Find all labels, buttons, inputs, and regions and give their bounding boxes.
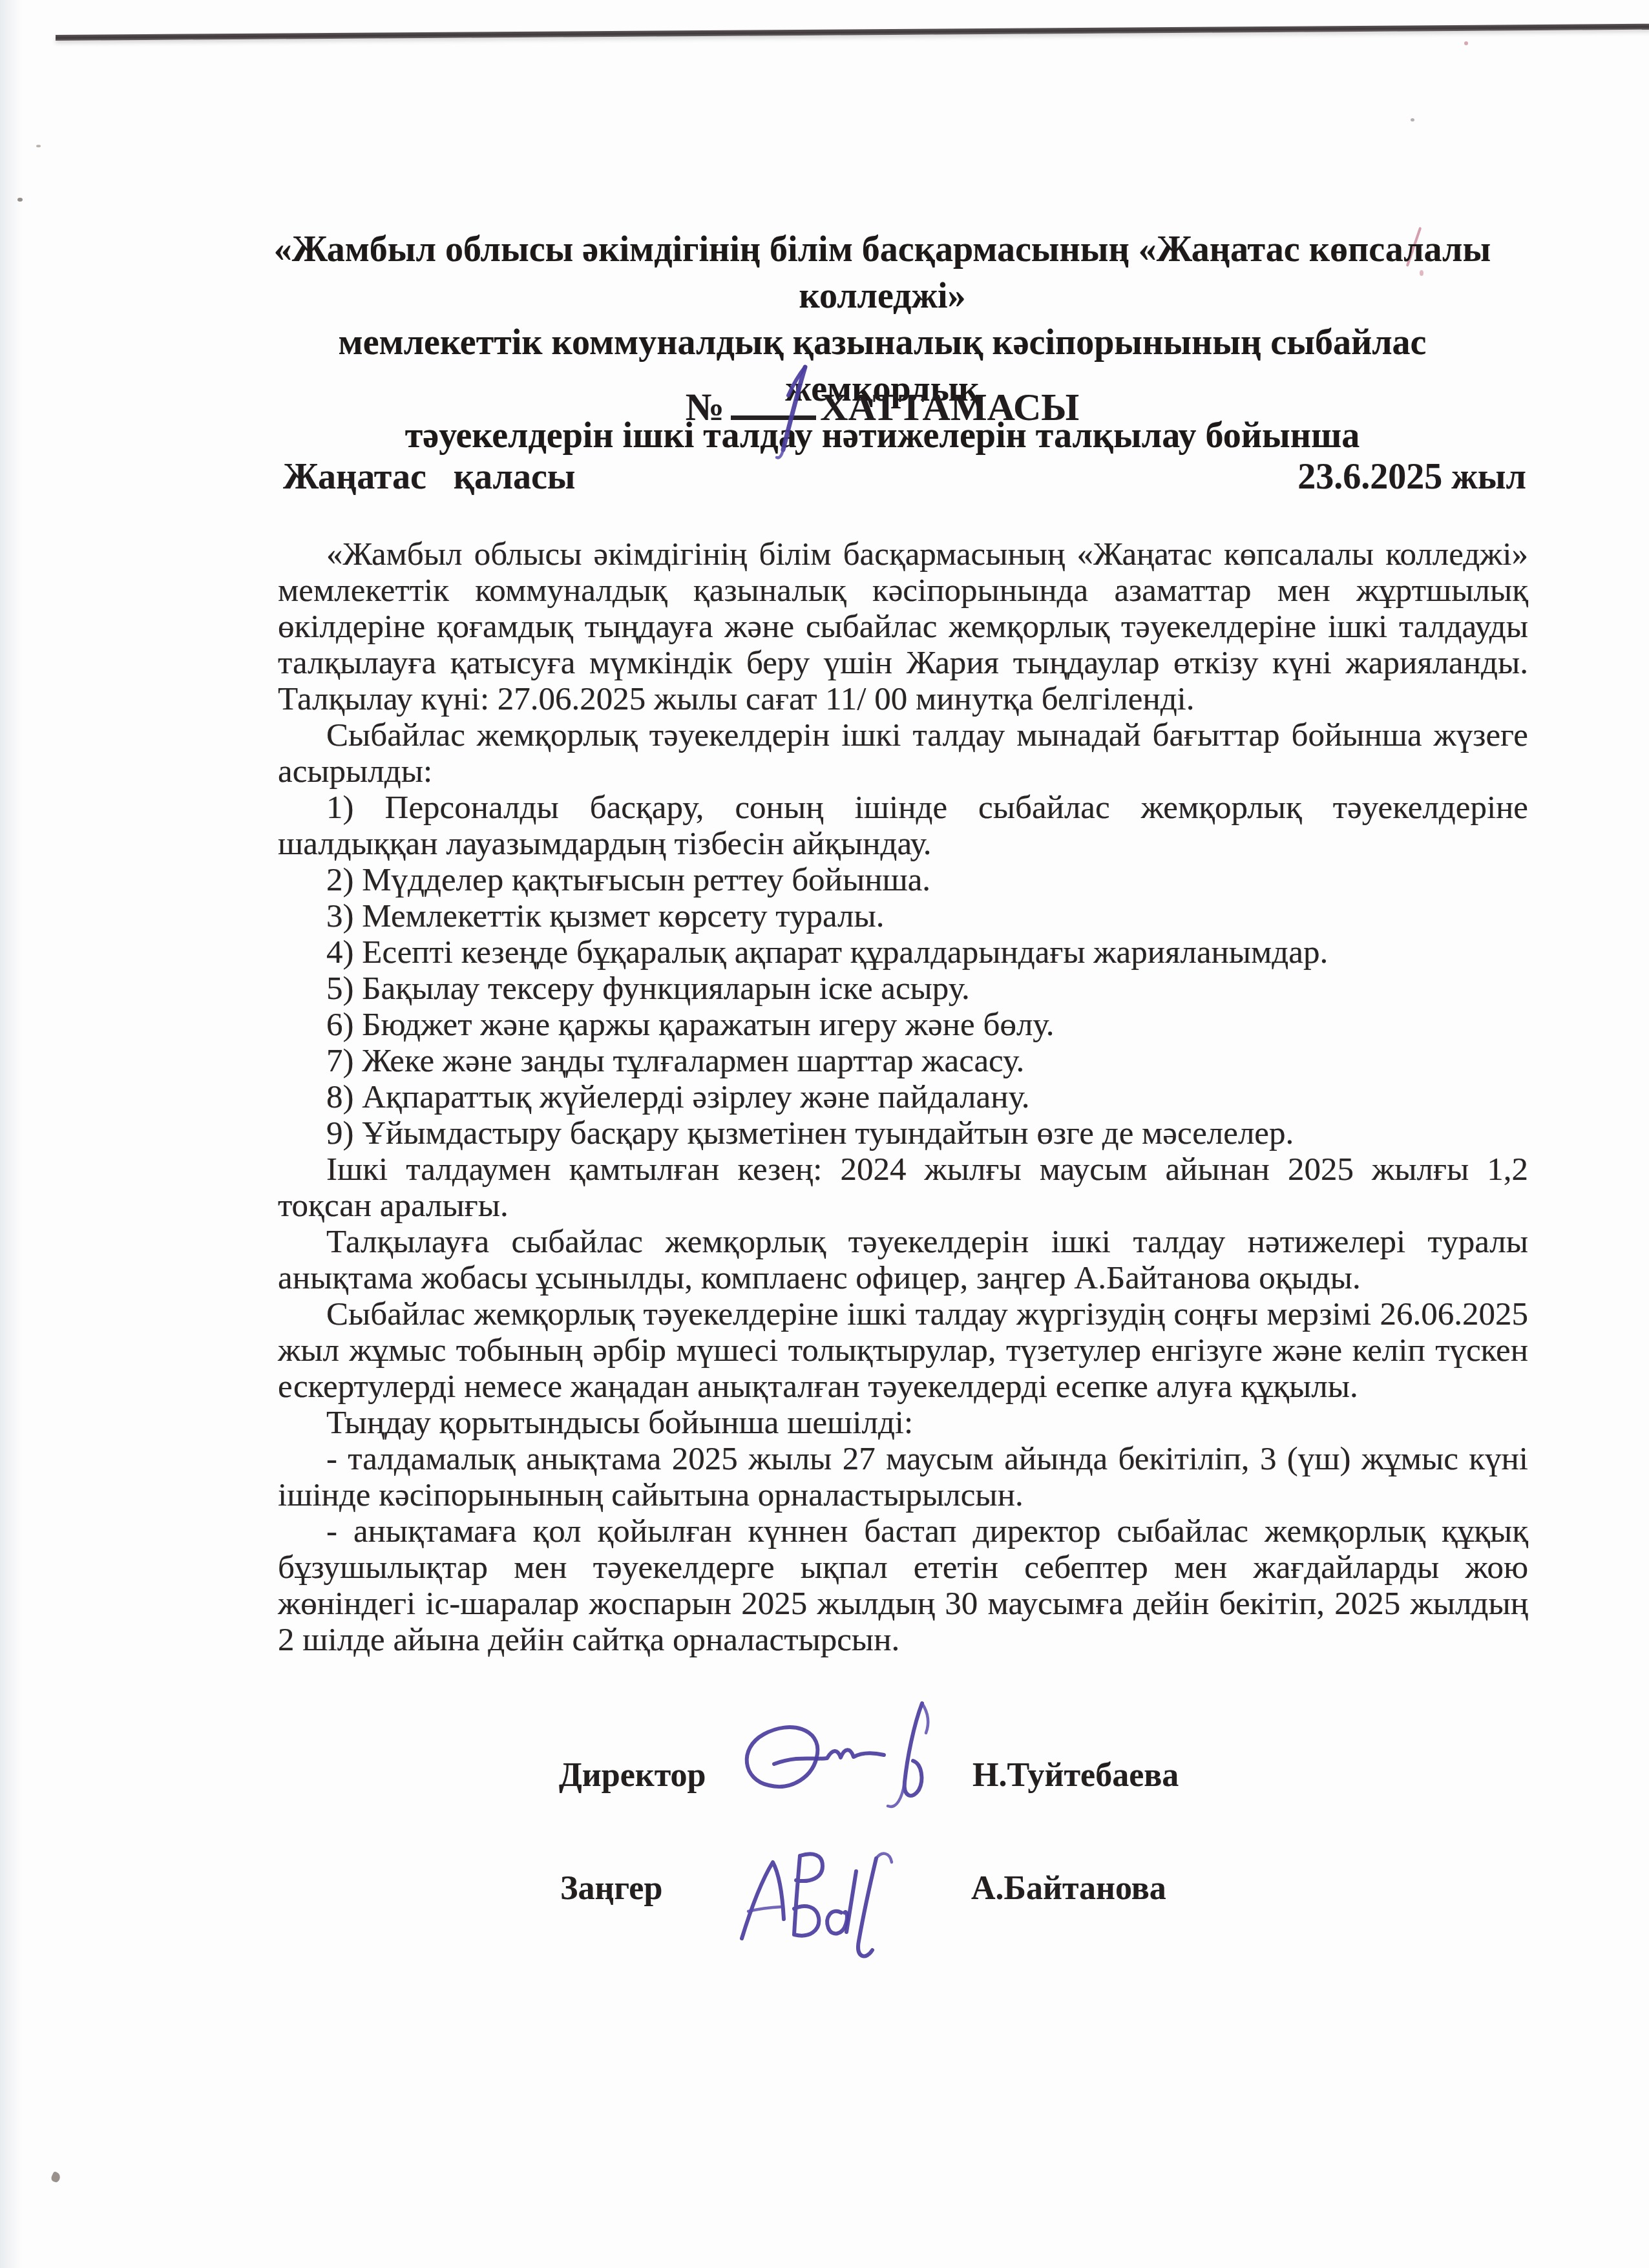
body-paragraph: Талқылауға сыбайлас жемқорлық тәуекелдер…: [278, 1224, 1528, 1296]
scan-speck: [1464, 41, 1468, 45]
list-item: 3) Мемлекеттік қызмет көрсету туралы.: [278, 898, 1528, 934]
list-item: 5) Бақылау тексеру функцияларын іске асы…: [278, 971, 1528, 1007]
body-paragraph: Ішкі талдаумен қамтылған кезең: 2024 жыл…: [278, 1151, 1528, 1224]
list-item: 1) Персоналды басқару, соның ішінде сыба…: [278, 790, 1528, 862]
director-name: Н.Туйтебаева: [972, 1756, 1179, 1794]
protocol-number-sign: №: [686, 386, 724, 428]
body-paragraph: Тыңдау қорытындысы бойынша шешілді:: [278, 1405, 1528, 1441]
lawyer-signature-ink: [724, 1834, 937, 1960]
list-item: 6) Бюджет және қаржы қаражатын игеру жән…: [278, 1007, 1528, 1043]
list-item: 8) Ақпараттық жүйелерді әзірлеу және пай…: [278, 1079, 1528, 1115]
city-label: Жаңатас қаласы: [283, 456, 576, 498]
signature-role-director: Директор: [559, 1756, 706, 1794]
body-paragraph: «Жамбыл облысы әкімдігінің білім басқарм…: [278, 536, 1528, 717]
signature-role-lawyer: Заңгер: [560, 1869, 662, 1907]
decision-paragraph: - анықтамаға қол қойылған күннен бастап …: [278, 1513, 1528, 1658]
scanned-protocol-document: { "doc": { "title_lines": [ "«Жамбыл обл…: [0, 0, 1649, 2268]
scan-page-top-edge: [56, 24, 1649, 41]
date-label: 23.6.2025 жыл: [1297, 456, 1526, 498]
handwritten-protocol-number: 1: [764, 359, 818, 464]
scan-speck: [1411, 118, 1414, 121]
list-item: 7) Жеке және заңды тұлғалармен шарттар ж…: [278, 1043, 1528, 1079]
lawyer-name: А.Байтанова: [971, 1869, 1166, 1907]
scan-speck: [17, 198, 23, 202]
director-signature-ink: [729, 1685, 955, 1821]
dateline-row: Жаңатас қаласы 23.6.2025 жыл: [283, 456, 1526, 498]
title-line: «Жамбыл облысы әкімдігінің білім басқарм…: [247, 226, 1517, 319]
document-page: «Жамбыл облысы әкімдігінің білім басқарм…: [0, 0, 1649, 2268]
protocol-heading: №ХАТТАМАСЫ: [247, 385, 1517, 430]
scan-speck: [36, 145, 41, 147]
list-item: 9) Ұйымдастыру басқару қызметінен туында…: [278, 1115, 1528, 1151]
list-item: 2) Мүдделер қақтығысын реттеу бойынша.: [278, 862, 1528, 898]
handwritten-one-ink: [764, 359, 818, 464]
protocol-word: ХАТТАМАСЫ: [820, 386, 1079, 428]
list-item: 4) Есепті кезеңде бұқаралық ақпарат құра…: [278, 934, 1528, 971]
scan-speck: [50, 2171, 62, 2183]
body-paragraph: Сыбайлас жемқорлық тәуекелдерін ішкі тал…: [278, 717, 1528, 790]
body-paragraph: Сыбайлас жемқорлық тәуекелдеріне ішкі та…: [278, 1296, 1528, 1405]
document-body: «Жамбыл облысы әкімдігінің білім басқарм…: [278, 536, 1528, 1658]
scanner-edge-shadow: [0, 0, 22, 2268]
decision-paragraph: - талдамалық анықтама 2025 жылы 27 маусы…: [278, 1441, 1528, 1513]
